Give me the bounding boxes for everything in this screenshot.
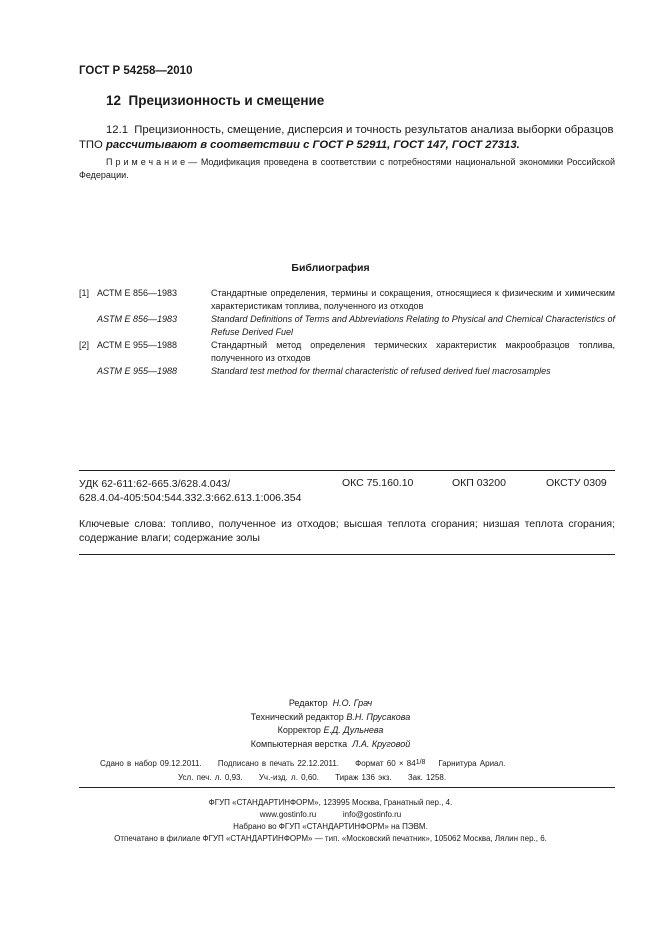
document-id: ГОСТ Р 54258—2010 xyxy=(79,65,192,77)
bib-reference: АСТМ Е 856—1983 xyxy=(97,287,211,313)
clause-number: 12.1 xyxy=(79,124,128,136)
publisher-website[interactable]: www.gostinfo.ru xyxy=(260,810,316,819)
bibliography-title: Библиография xyxy=(0,262,661,274)
keywords: Ключевые слова: топливо, полученное из о… xyxy=(79,517,615,545)
clause-emphasis: рассчитывают в соответствии с ГОСТ Р 529… xyxy=(106,139,520,151)
note-label: Примечание xyxy=(79,157,188,167)
publisher-contacts: www.gostinfo.ru info@gostinfo.ru xyxy=(0,809,661,821)
credit-editor: Редактор Н.О. Грач xyxy=(0,697,661,711)
credit-layout: Компьютерная верстка Л.А. Круговой xyxy=(0,738,661,752)
section-title: 12 Прецизионность и смещение xyxy=(106,93,324,108)
credit-proofreader: Корректор Е.Д. Дульнева xyxy=(0,724,661,738)
okstu-code: ОКСТУ 0309 xyxy=(546,477,607,489)
bib-reference: АСТМ Е 955—1988 xyxy=(97,339,211,365)
typeset-info: Набрано во ФГУП «СТАНДАРТИНФОРМ» на ПЭВМ… xyxy=(0,821,661,833)
bib-title-en: Standard Definitions of Terms and Abbrev… xyxy=(211,313,615,339)
clause-paragraph: 12.1 Прецизионность, смещение, дисперсия… xyxy=(79,123,615,152)
printed-info: Отпечатано в филиале ФГУП «СТАНДАРТИНФОР… xyxy=(0,833,661,845)
bib-title: Стандартные определения, термины и сокра… xyxy=(211,287,615,313)
publisher-address: ФГУП «СТАНДАРТИНФОРМ», 123995 Москва, Гр… xyxy=(0,797,661,809)
publisher-email[interactable]: info@gostinfo.ru xyxy=(343,810,401,819)
bib-title: Стандартный метод определения термически… xyxy=(211,339,615,365)
okp-code: ОКП 03200 xyxy=(452,477,506,489)
credit-tech-editor: Технический редактор В.Н. Прусакова xyxy=(0,711,661,725)
bib-entry-en: ASTM E 955—1988 Standard test method for… xyxy=(79,365,615,378)
bib-title-en: Standard test method for thermal charact… xyxy=(211,365,615,378)
udk-line-2: 628.4.04-405:504:544.332.3:662.613.1:006… xyxy=(79,491,301,505)
bib-entry: [2] АСТМ Е 955—1988 Стандартный метод оп… xyxy=(79,339,615,365)
print-info-line-2: Усл. печ. л. 0,93. Уч.-изд. л. 0,60. Тир… xyxy=(178,773,446,782)
divider xyxy=(79,787,615,788)
print-info-line-1: Сдано в набор 09.12.2011. Подписано в пе… xyxy=(100,759,505,768)
publisher-info: ФГУП «СТАНДАРТИНФОРМ», 123995 Москва, Гр… xyxy=(0,797,661,845)
section-number: 12 xyxy=(106,93,121,108)
bib-number: [1] xyxy=(79,287,97,313)
udk-line-1: УДК 62-611:62-665.3/628.4.043/ xyxy=(79,477,301,491)
bib-entry-en: ASTM E 856—1983 Standard Definitions of … xyxy=(79,313,615,339)
bibliography-list: [1] АСТМ Е 856—1983 Стандартные определе… xyxy=(79,287,615,378)
bib-reference-en: ASTM E 856—1983 xyxy=(97,313,211,339)
bib-reference-en: ASTM E 955—1988 xyxy=(97,365,211,378)
bib-entry: [1] АСТМ Е 856—1983 Стандартные определе… xyxy=(79,287,615,313)
section-title-text: Прецизионность и смещение xyxy=(129,93,325,108)
bib-number: [2] xyxy=(79,339,97,365)
note: Примечание— Модификация проведена в соот… xyxy=(79,156,615,182)
divider xyxy=(79,554,615,555)
credits: Редактор Н.О. Грач Технический редактор … xyxy=(0,697,661,751)
oks-code: ОКС 75.160.10 xyxy=(342,477,413,489)
udk-code: УДК 62-611:62-665.3/628.4.043/ 628.4.04-… xyxy=(79,477,301,505)
divider xyxy=(79,470,615,471)
